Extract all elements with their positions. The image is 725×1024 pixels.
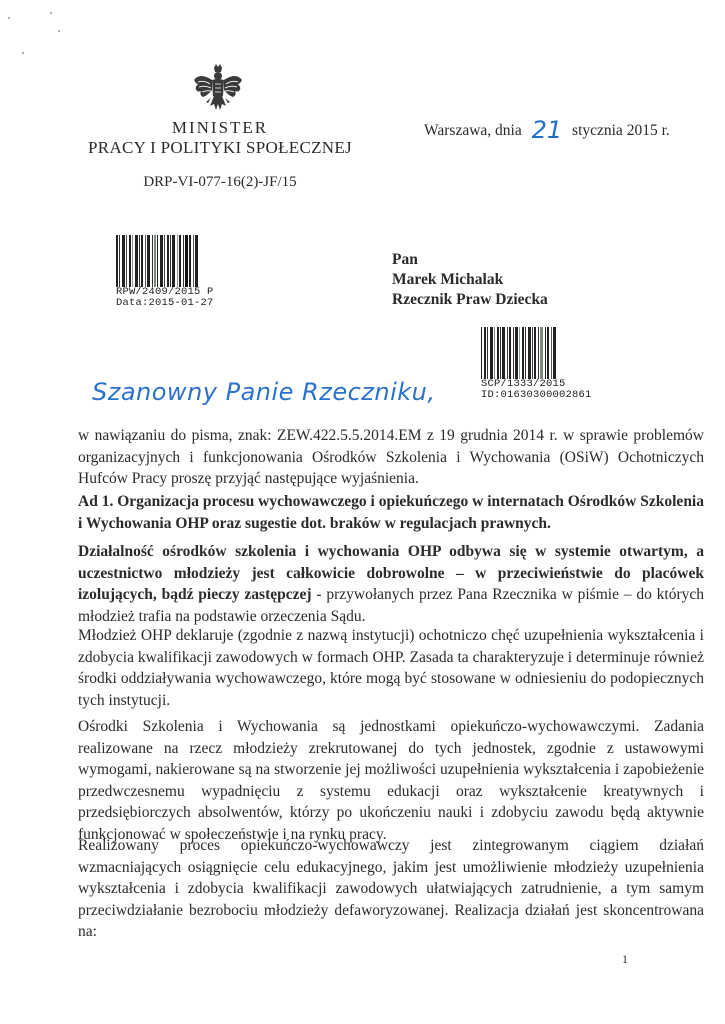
ministry-title: MINISTER bbox=[60, 118, 380, 138]
scan-speck bbox=[22, 52, 24, 54]
outgoing-barcode-date: Data:2015-01-27 bbox=[116, 298, 216, 309]
paragraph-youth-declaration: Młodzież OHP deklaruje (zgodnie z nazwą … bbox=[78, 625, 704, 711]
barcode-icon bbox=[116, 235, 216, 287]
intro-paragraph: w nawiązaniu do pisma, znak: ZEW.422.5.5… bbox=[78, 425, 704, 490]
outgoing-barcode-sticker: RPW/2409/2015 P Data:2015-01-27 bbox=[116, 235, 216, 309]
recipient-name: Marek Michalak bbox=[392, 270, 548, 290]
scan-speck bbox=[8, 17, 10, 19]
page-number: 1 bbox=[622, 952, 628, 967]
date-suffix: stycznia 2015 r. bbox=[572, 122, 670, 139]
handwritten-salutation: Szanowny Panie Rzeczniku, bbox=[92, 378, 436, 406]
section-heading: Ad 1. Organizacja procesu wychowawczego … bbox=[78, 491, 704, 534]
ministry-header: MINISTER PRACY I POLITYKI SPOŁECZNEJ bbox=[60, 118, 380, 158]
barcode-icon bbox=[481, 327, 581, 379]
handwritten-day: 21 bbox=[532, 116, 563, 144]
recipient-block: Pan Marek Michalak Rzecznik Praw Dziecka bbox=[392, 250, 548, 310]
paragraph-care-process: Realizowany proces opiekuńczo-wychowawcz… bbox=[78, 835, 704, 943]
paragraph-open-system: Działalność ośrodków szkolenia i wychowa… bbox=[78, 541, 704, 627]
recipient-salutation: Pan bbox=[392, 250, 548, 270]
polish-eagle-emblem-icon bbox=[190, 62, 246, 118]
section-heading-text: Ad 1. Organizacja procesu wychowawczego … bbox=[78, 493, 704, 532]
incoming-barcode-sticker: SCP/1333/2015 ID:01630300002861 bbox=[481, 327, 592, 401]
document-reference-number: DRP-VI-077-16(2)-JF/15 bbox=[60, 174, 380, 191]
date-line: Warszawa, dnia 21 stycznia 2015 r. bbox=[424, 116, 670, 144]
scan-speck bbox=[58, 30, 60, 32]
recipient-title: Rzecznik Praw Dziecka bbox=[392, 290, 548, 310]
scan-speck bbox=[50, 12, 52, 14]
ministry-name: PRACY I POLITYKI SPOŁECZNEJ bbox=[60, 138, 380, 158]
date-prefix: Warszawa, dnia bbox=[424, 122, 522, 139]
incoming-barcode-id: ID:01630300002861 bbox=[481, 390, 592, 401]
paragraph-osiw-units: Ośrodki Szkolenia i Wychowania są jednos… bbox=[78, 716, 704, 845]
